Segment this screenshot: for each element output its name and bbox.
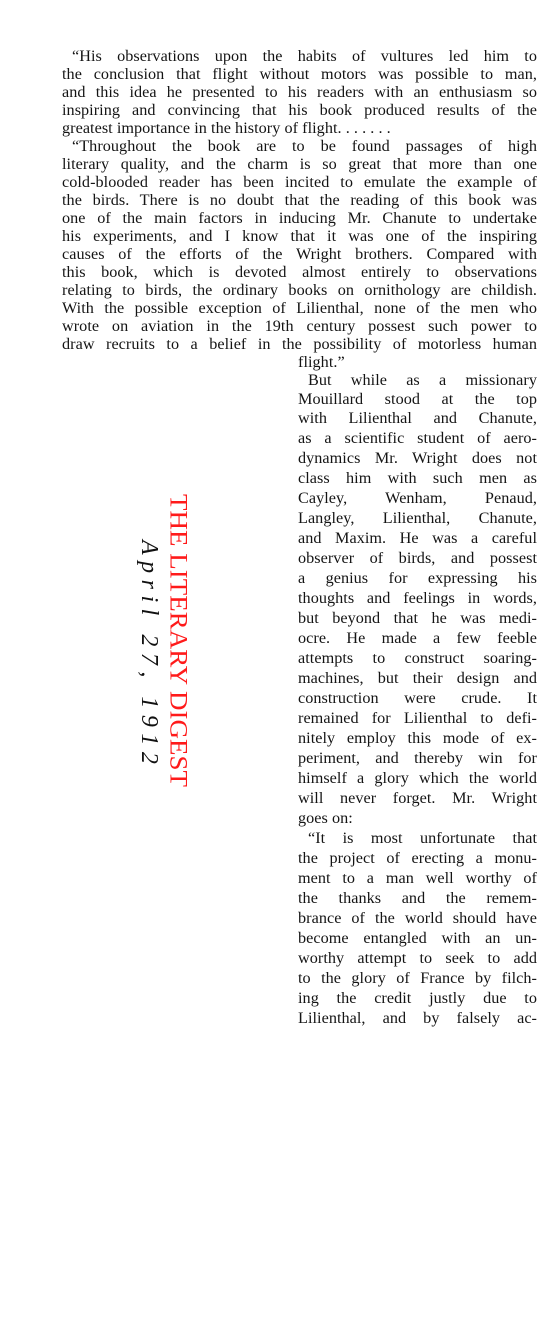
text-line: greatest importance in the history of fl…	[62, 119, 537, 137]
text-line: relating to birds, the ordinary books on…	[62, 281, 537, 299]
text-line: will never forget. Mr. Wright	[298, 789, 537, 807]
text-line: “Throughout the book are to be found pas…	[62, 137, 537, 155]
text-line: to the glory of France by filch-	[298, 969, 537, 987]
text-line: brance of the world should have	[298, 909, 537, 927]
publication-title: THE LITERARY DIGEST	[162, 494, 197, 774]
text-line: his experiments, and I know that it was …	[62, 227, 537, 245]
text-line: become entangled with an un-	[298, 929, 537, 947]
text-line: but beyond that he was medi-	[298, 609, 537, 627]
text-line: causes of the efforts of the Wright brot…	[62, 245, 537, 263]
text-line: the thanks and the remem-	[298, 889, 537, 907]
text-line: one of the main factors in inducing Mr. …	[62, 209, 537, 227]
text-line: and Maxim. He was a careful	[298, 529, 537, 547]
text-line: construction were crude. It	[298, 689, 537, 707]
text-line: periment, and thereby win for	[298, 749, 537, 767]
text-line: attempts to construct soaring-	[298, 649, 537, 667]
text-line: observer of birds, and possest	[298, 549, 537, 567]
text-line: the conclusion that flight without motor…	[62, 65, 537, 83]
text-line: the birds. There is no doubt that the re…	[62, 191, 537, 209]
publication-date: April 27, 1912	[134, 540, 164, 745]
text-line: inspiring and convincing that his book p…	[62, 101, 537, 119]
text-line: class him with such men as	[298, 469, 537, 487]
text-line: as a scientific student of aero-	[298, 429, 537, 447]
text-line: with Lilienthal and Chanute,	[298, 409, 537, 427]
text-line: nitely employ this mode of ex-	[298, 729, 537, 747]
text-line: “His observations upon the habits of vul…	[62, 47, 537, 65]
text-line: cold-blooded reader has been incited to …	[62, 173, 537, 191]
text-line: Cayley, Wenham, Penaud,	[298, 489, 537, 507]
text-line: this book, which is devoted almost entir…	[62, 263, 537, 281]
text-line: ment to a man well worthy of	[298, 869, 537, 887]
text-line: dynamics Mr. Wright does not	[298, 449, 537, 467]
text-line: machines, but their design and	[298, 669, 537, 687]
text-line: goes on:	[298, 809, 537, 827]
text-line: flight.”	[298, 353, 537, 371]
text-line: himself a glory which the world	[298, 769, 537, 787]
text-line: “It is most unfortunate that	[298, 829, 537, 847]
text-line: But while as a missionary	[298, 371, 537, 389]
text-line: wrote on aviation in the 19th century po…	[62, 317, 537, 335]
newspaper-clipping-page: THE LITERARY DIGEST April 27, 1912 “His …	[0, 0, 560, 1336]
text-line: the project of erecting a monu-	[298, 849, 537, 867]
text-line: Langley, Lilienthal, Chanute,	[298, 509, 537, 527]
text-line: With the possible exception of Lilientha…	[62, 299, 537, 317]
text-line: worthy attempt to seek to add	[298, 949, 537, 967]
text-line: a genius for expressing his	[298, 569, 537, 587]
text-line: remained for Lilienthal to defi-	[298, 709, 537, 727]
text-line: thoughts and feelings in words,	[298, 589, 537, 607]
text-line: literary quality, and the charm is so gr…	[62, 155, 537, 173]
text-line: Mouillard stood at the top	[298, 390, 537, 408]
text-line: ocre. He made a few feeble	[298, 629, 537, 647]
text-line: Lilienthal, and by falsely ac-	[298, 1009, 537, 1027]
text-line: and this idea he presented to his reader…	[62, 83, 537, 101]
text-line: ing the credit justly due to	[298, 989, 537, 1007]
text-line: draw recruits to a belief in the possibi…	[62, 335, 537, 353]
